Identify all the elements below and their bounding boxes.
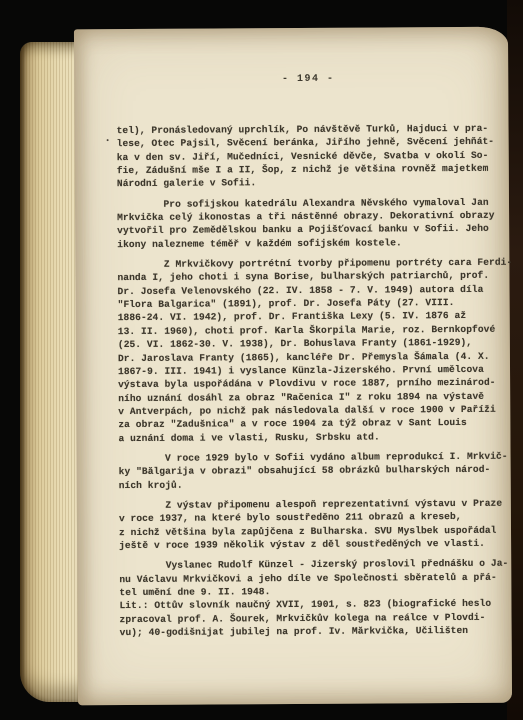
paragraph: Z výstav připomenu alespoň reprezentativ… (119, 497, 511, 553)
paragraph: Z Mrkvičkovy portrétní tvorby připomenu … (117, 256, 510, 445)
paragraph: tel), Pronásledovaný uprchlík, Po návště… (117, 122, 509, 191)
paragraph: Lit.: Ottův slovník naučný XVII, 1901, s… (119, 597, 511, 639)
book-photo: - 194 - tel), Pronásledovaný uprchlík, P… (0, 0, 523, 720)
paragraph: Pro sofijskou katedrálu Alexandra Něvské… (117, 195, 509, 251)
paragraph: V roce 1929 bylo v Sofii vydáno album re… (119, 450, 511, 492)
paragraph: Vyslanec Rudolf Künzel - Jizerský proslo… (119, 557, 511, 599)
page-text: tel), Pronásledovaný uprchlík, Po návště… (117, 122, 512, 640)
ink-speck (107, 139, 109, 141)
page-number: - 194 - (116, 73, 500, 86)
book-page: - 194 - tel), Pronásledovaný uprchlík, P… (74, 27, 512, 706)
